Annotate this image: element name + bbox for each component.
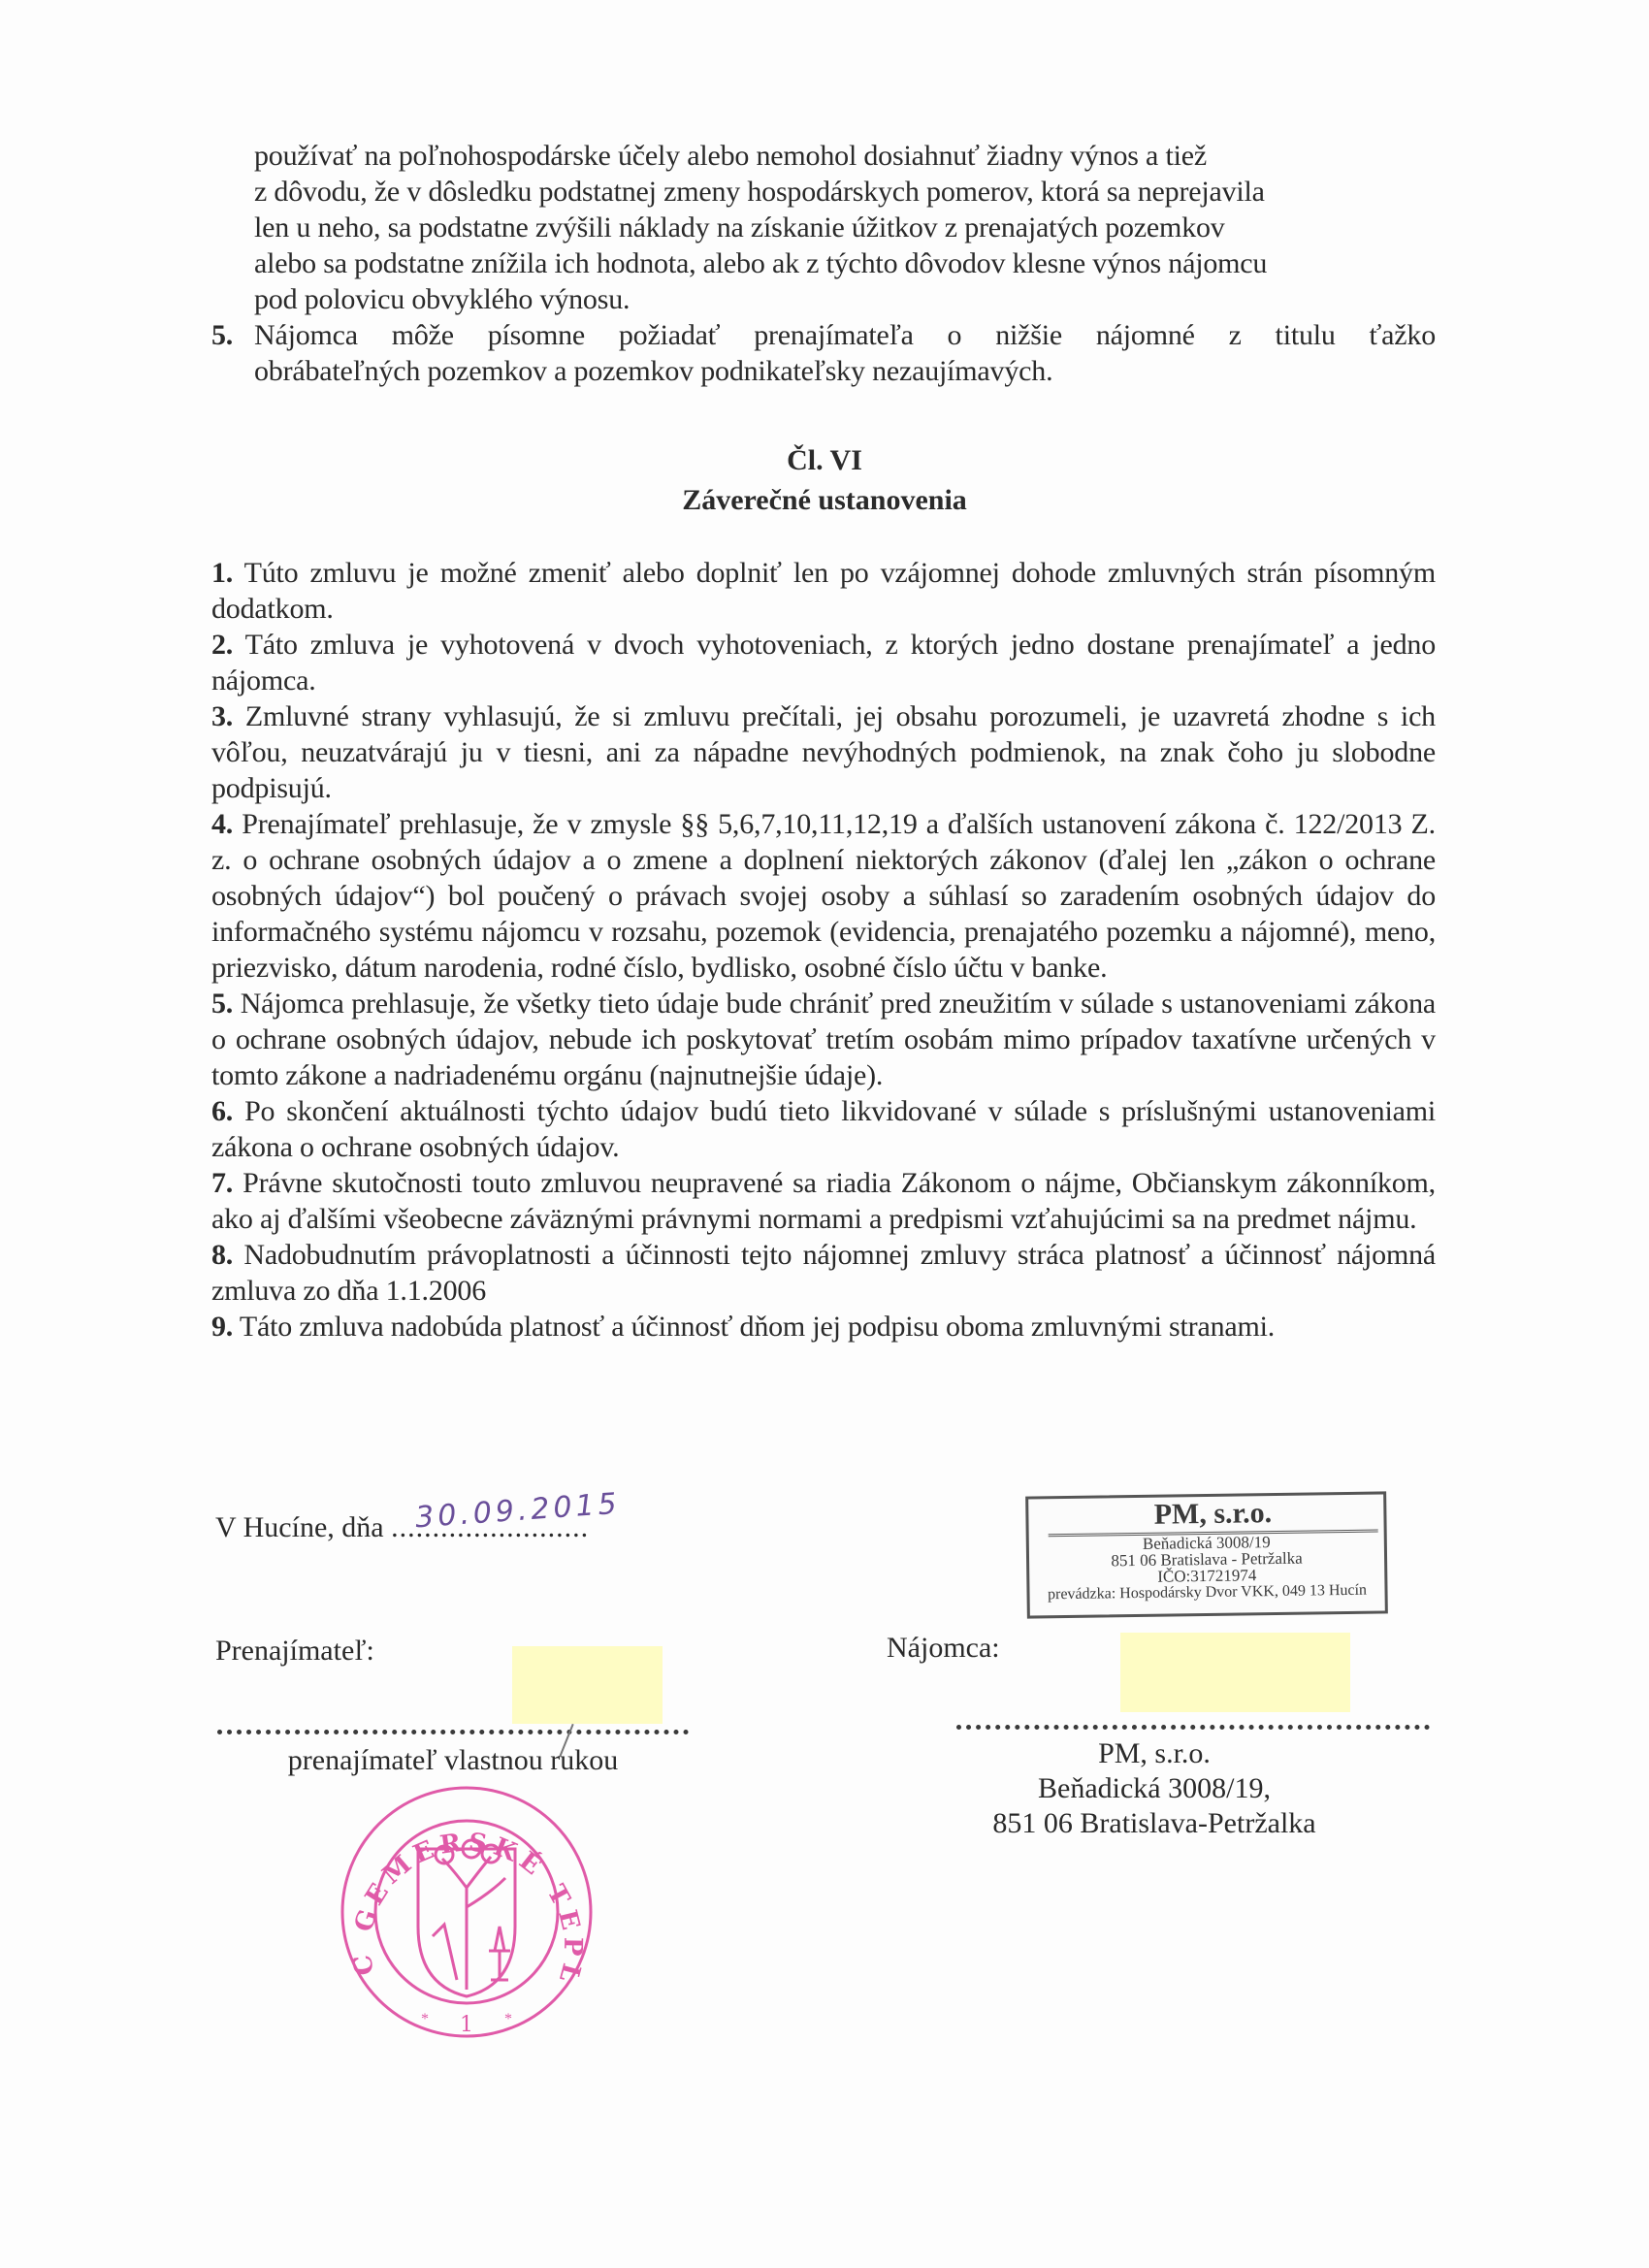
provision-item: 9. Táto zmluva nadobúda platnosť a účinn…: [211, 1309, 1436, 1345]
item-text: obrábateľných pozemkov a pozemkov podnik…: [211, 353, 1436, 389]
lessee-caption: PM, s.r.o. Beňadická 3008/19, 851 06 Bra…: [931, 1736, 1377, 1841]
company-stamp: PM, s.r.o. Beňadická 3008/19 851 06 Brat…: [1025, 1491, 1388, 1618]
lessee-label: Nájomca:: [887, 1632, 1000, 1665]
lessor-label: Prenajímateľ:: [215, 1635, 374, 1668]
item-number: 4.: [211, 808, 233, 840]
lessee-city: 851 06 Bratislava-Petržalka: [931, 1806, 1377, 1841]
provision-item: 4. Prenajímateľ prehlasuje, že v zmysle …: [211, 806, 1436, 986]
intro-line: z dôvodu, že v dôsledku podstatnej zmeny…: [254, 174, 1438, 210]
item-text: Nájomca prehlasuje, že všetky tieto údaj…: [211, 988, 1436, 1091]
svg-text:*: *: [504, 2011, 512, 2027]
provision-item: 1. Túto zmluvu je možné zmeniť alebo dop…: [211, 555, 1436, 627]
lessor-redaction: [512, 1646, 663, 1724]
svg-text:OBEC GEMERSKÉ TEPLICE: OBEC GEMERSKÉ TEPLICE: [336, 1781, 587, 1991]
document-page: používať na poľnohospodárske účely alebo…: [0, 0, 1649, 2268]
item-number: 7.: [211, 1167, 233, 1199]
item-number: 2.: [211, 629, 233, 661]
intro-line: používať na poľnohospodárske účely alebo…: [254, 138, 1438, 174]
lessee-street: Beňadická 3008/19,: [931, 1771, 1377, 1806]
provisions-list: 1. Túto zmluvu je možné zmeniť alebo dop…: [211, 555, 1436, 1345]
handwritten-date: 30.09.2015: [414, 1487, 622, 1536]
item-number: 3.: [211, 700, 233, 732]
svg-text:*: *: [421, 2011, 429, 2027]
item-text: Táto zmluva je vyhotovená v dvoch vyhoto…: [211, 629, 1436, 697]
lessor-signature-line: [217, 1730, 689, 1734]
provision-item: 2. Táto zmluva je vyhotovená v dvoch vyh…: [211, 627, 1436, 698]
provision-item: 8. Nadobudnutím právoplatnosti a účinnos…: [211, 1237, 1436, 1309]
item-text: Táto zmluva nadobúda platnosť a účinnosť…: [240, 1311, 1275, 1343]
item-number: 5.: [211, 988, 233, 1020]
prev-section-item-5: 5.Nájomca môže písomne požiadať prenajím…: [211, 317, 1436, 389]
stamp-title: PM, s.r.o.: [1048, 1497, 1377, 1538]
lessee-redaction: [1120, 1633, 1350, 1712]
item-text: Zmluvné strany vyhlasujú, že si zmluvu p…: [211, 700, 1436, 804]
provision-item: 5. Nájomca prehlasuje, že všetky tieto ú…: [211, 986, 1436, 1093]
item-number: 9.: [211, 1311, 233, 1343]
item-text: Nájomca môže písomne požiadať prenajímat…: [254, 319, 1436, 351]
lessee-signature-line: [956, 1725, 1430, 1730]
intro-line: pod polovicu obvyklého výnosu.: [254, 281, 1438, 317]
seal-text: OBEC GEMERSKÉ TEPLICE: [336, 1781, 587, 1991]
item-number: 6.: [211, 1095, 233, 1127]
item-number: 1.: [211, 557, 233, 589]
intro-paragraph: používať na poľnohospodárske účely alebo…: [254, 138, 1438, 317]
article-title: Záverečné ustanovenia: [0, 479, 1649, 522]
item-number: 5.: [211, 317, 254, 353]
provision-item: 6. Po skončení aktuálnosti týchto údajov…: [211, 1093, 1436, 1165]
provision-item: 7. Právne skutočnosti touto zmluvou neup…: [211, 1165, 1436, 1237]
place-label: V Hucíne, dňa: [215, 1511, 384, 1543]
article-number: Čl. VI: [0, 439, 1649, 482]
lessor-caption: prenajímateľ vlastnou rukou: [217, 1744, 689, 1777]
item-text: Právne skutočnosti touto zmluvou neuprav…: [211, 1167, 1436, 1235]
item-number: 8.: [211, 1239, 233, 1271]
intro-line: alebo sa podstatne znížila ich hodnota, …: [254, 245, 1438, 281]
item-text: Nadobudnutím právoplatnosti a účinnosti …: [211, 1239, 1436, 1307]
seal-number: 1: [460, 2013, 473, 2037]
lessee-name: PM, s.r.o.: [931, 1736, 1377, 1771]
municipal-seal-icon: OBEC GEMERSKÉ TEPLICE 1 * *: [336, 1781, 598, 2043]
intro-line: len u neho, sa podstatne zvýšili náklady…: [254, 210, 1438, 245]
item-text: Prenajímateľ prehlasuje, že v zmysle §§ …: [211, 808, 1436, 984]
item-text: Túto zmluvu je možné zmeniť alebo doplni…: [211, 557, 1436, 625]
provision-item: 3. Zmluvné strany vyhlasujú, že si zmluv…: [211, 698, 1436, 806]
item-text: Po skončení aktuálnosti týchto údajov bu…: [211, 1095, 1436, 1163]
